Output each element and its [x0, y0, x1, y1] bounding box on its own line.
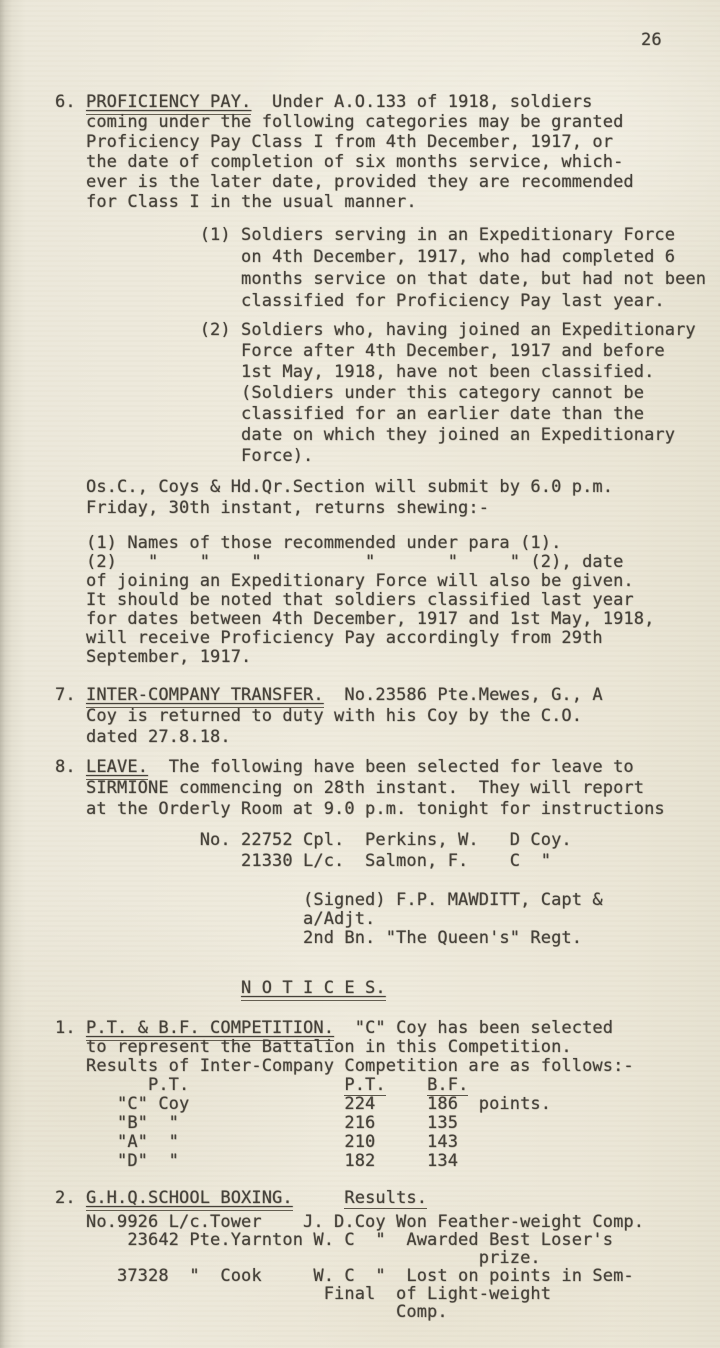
text-line: Results of Inter-Company Competition are…: [55, 1056, 634, 1076]
text-line: (1) Names of those recommended under par…: [55, 533, 561, 553]
text-line: months service on that date, but had not…: [55, 269, 706, 289]
results-label: Results.: [344, 1188, 427, 1209]
line-text: "A" " 210 143: [55, 1132, 458, 1152]
text-line: for Class I in the usual manner.: [55, 192, 417, 212]
line-text: Friday, 30th instant, returns shewing:-: [55, 498, 489, 518]
text-line: (Signed) F.P. MAWDITT, Capt &: [55, 890, 603, 910]
line-text: The following have been selected for lea…: [148, 757, 634, 777]
text-line: 37328 " Cook W. C " Lost on points in Se…: [55, 1266, 634, 1286]
text-line: date on which they joined an Expeditiona…: [55, 425, 675, 445]
text-line: N O T I C E S.: [55, 978, 386, 998]
column-header-pt: P.T.: [344, 1075, 385, 1096]
line-text: "B" " 216 135: [55, 1113, 458, 1133]
line-text: Results of Inter-Company Competition are…: [55, 1056, 634, 1076]
text-line: the date of completion of six months ser…: [55, 152, 623, 172]
line-text: No. 22752 Cpl. Perkins, W. D Coy.: [55, 830, 572, 850]
text-line: a/Adjt.: [55, 909, 375, 929]
line-text: 2nd Bn. "The Queen's" Regt.: [55, 928, 582, 948]
line-text: ever is the later date, provided they ar…: [55, 172, 634, 192]
line-text: date on which they joined an Expeditiona…: [55, 425, 675, 445]
line-text: prize.: [55, 1248, 541, 1268]
text-line: Coy is returned to duty with his Coy by …: [55, 706, 582, 726]
line-text: Under A.O.133 of 1918, soldiers: [251, 92, 592, 112]
line-text: 23642 Pte.Yarnton W. C " Awarded Best Lo…: [55, 1230, 613, 1250]
text-line: 8. LEAVE. The following have been select…: [55, 757, 634, 777]
line-text: 21330 L/c. Salmon, F. C ": [55, 851, 551, 871]
line-text: classified for an earlier date than the: [55, 404, 644, 424]
line-text: (2) " " " " " " (2), date: [55, 552, 623, 572]
line-text: 1st May, 1918, have not been classified.: [55, 362, 654, 382]
text-line: Final of Light-weight: [55, 1284, 551, 1304]
text-line: of joining an Expeditionary Force will a…: [55, 571, 634, 591]
text-line: Force).: [55, 446, 313, 466]
section-heading: G.H.Q.SCHOOL BOXING.: [86, 1188, 293, 1211]
line-text: Final of Light-weight: [55, 1284, 551, 1304]
text-line: 2. G.H.Q.SCHOOL BOXING. Results.: [55, 1188, 427, 1208]
text-line: 2nd Bn. "The Queen's" Regt.: [55, 928, 582, 948]
text-line: classified for Proficiency Pay last year…: [55, 291, 665, 311]
line-text: (Soldiers under this category cannot be: [55, 383, 644, 403]
line-text: No.9926 L/c.Tower J. D.Coy Won Feather-w…: [55, 1212, 644, 1232]
line-text: September, 1917.: [55, 647, 251, 667]
line-text: "D" " 182 134: [55, 1151, 458, 1171]
line-text: It should be noted that soldiers classif…: [55, 590, 634, 610]
table-row: "A" " 210 143: [55, 1132, 458, 1152]
line-text: "C" Coy has been selected: [334, 1018, 613, 1038]
item-number: 1.: [55, 1018, 86, 1038]
item-number: 8.: [55, 757, 86, 777]
text-line: Comp.: [55, 1302, 448, 1322]
text-line: Os.C., Coys & Hd.Qr.Section will submit …: [55, 477, 613, 497]
notices-title: N O T I C E S.: [241, 978, 386, 1001]
table-row: "B" " 216 135: [55, 1113, 458, 1133]
line-text: Coy is returned to duty with his Coy by …: [55, 706, 582, 726]
page-number: 26: [641, 30, 662, 50]
line-text: the date of completion of six months ser…: [55, 152, 623, 172]
text-line: 23642 Pte.Yarnton W. C " Awarded Best Lo…: [55, 1230, 613, 1250]
table-row: "D" " 182 134: [55, 1151, 458, 1171]
line-text: Force).: [55, 446, 313, 466]
line-text: (Signed) F.P. MAWDITT, Capt &: [55, 890, 603, 910]
line-text: classified for Proficiency Pay last year…: [55, 291, 665, 311]
text-line: for dates between 4th December, 1917 and…: [55, 609, 654, 629]
line-text: No.23586 Pte.Mewes, G., A: [324, 685, 603, 705]
text-line: Force after 4th December, 1917 and befor…: [55, 341, 665, 361]
line-text: dated 27.8.18.: [55, 727, 231, 747]
line-text: [386, 1075, 427, 1095]
line-text: on 4th December, 1917, who had completed…: [55, 247, 675, 267]
column-header-bf: B.F.: [427, 1075, 468, 1096]
text-line: ever is the later date, provided they ar…: [55, 172, 634, 192]
section-heading: INTER-COMPANY TRANSFER.: [86, 685, 324, 708]
line-text: Comp.: [55, 1302, 448, 1322]
text-line: (2) " " " " " " (2), date: [55, 552, 623, 572]
text-line: (2) Soldiers who, having joined an Exped…: [55, 320, 696, 340]
line-text: will receive Proficiency Pay accordingly…: [55, 628, 603, 648]
text-line: on 4th December, 1917, who had completed…: [55, 247, 675, 267]
text-line: will receive Proficiency Pay accordingly…: [55, 628, 603, 648]
line-text: Os.C., Coys & Hd.Qr.Section will submit …: [55, 477, 613, 497]
line-text: at the Orderly Room at 9.0 p.m. tonight …: [55, 799, 665, 819]
text-line: September, 1917.: [55, 647, 251, 667]
text-line: prize.: [55, 1248, 541, 1268]
line-text: Proficiency Pay Class I from 4th Decembe…: [55, 132, 613, 152]
line-text: [55, 978, 241, 998]
table-row: "C" Coy 224 186 points.: [55, 1094, 551, 1114]
item-number: 2.: [55, 1188, 86, 1208]
line-text: to represent the Battalion in this Compe…: [55, 1037, 572, 1057]
line-text: 37328 " Cook W. C " Lost on points in Se…: [55, 1266, 634, 1286]
section-heading: LEAVE.: [86, 757, 148, 780]
line-text: (1) Soldiers serving in an Expeditionary…: [55, 225, 675, 245]
text-line: (1) Soldiers serving in an Expeditionary…: [55, 225, 675, 245]
text-line: SIRMIONE commencing on 28th instant. The…: [55, 778, 644, 798]
line-text: (2) Soldiers who, having joined an Exped…: [55, 320, 696, 340]
text-line: 1. P.T. & B.F. COMPETITION. "C" Coy has …: [55, 1018, 613, 1038]
table-header-row: P.T. P.T. B.F.: [55, 1075, 468, 1095]
text-line: 1st May, 1918, have not been classified.: [55, 362, 654, 382]
line-text: (1) Names of those recommended under par…: [55, 533, 561, 553]
text-line: Friday, 30th instant, returns shewing:-: [55, 498, 489, 518]
text-line: at the Orderly Room at 9.0 p.m. tonight …: [55, 799, 665, 819]
text-line: Proficiency Pay Class I from 4th Decembe…: [55, 132, 613, 152]
line-text: of joining an Expeditionary Force will a…: [55, 571, 634, 591]
text-line: to represent the Battalion in this Compe…: [55, 1037, 572, 1057]
text-line: 21330 L/c. Salmon, F. C ": [55, 851, 551, 871]
text-line: coming under the following categories ma…: [55, 112, 623, 132]
text-line: No.9926 L/c.Tower J. D.Coy Won Feather-w…: [55, 1212, 644, 1232]
item-number: 6.: [55, 92, 86, 112]
item-number: 7.: [55, 685, 86, 705]
line-text: "C" Coy 224 186 points.: [55, 1094, 551, 1114]
text-line: dated 27.8.18.: [55, 727, 231, 747]
line-text: for dates between 4th December, 1917 and…: [55, 609, 654, 629]
text-line: It should be noted that soldiers classif…: [55, 590, 634, 610]
line-text: P.T.: [55, 1075, 344, 1095]
line-text: months service on that date, but had not…: [55, 269, 706, 289]
line-text: coming under the following categories ma…: [55, 112, 623, 132]
line-text: for Class I in the usual manner.: [55, 192, 417, 212]
line-text: Force after 4th December, 1917 and befor…: [55, 341, 665, 361]
line-text: SIRMIONE commencing on 28th instant. The…: [55, 778, 644, 798]
text-line: 7. INTER-COMPANY TRANSFER. No.23586 Pte.…: [55, 685, 603, 705]
text-line: (Soldiers under this category cannot be: [55, 383, 644, 403]
line-text: [293, 1188, 345, 1208]
text-line: classified for an earlier date than the: [55, 404, 644, 424]
line-text: a/Adjt.: [55, 909, 375, 929]
text-line: No. 22752 Cpl. Perkins, W. D Coy.: [55, 830, 572, 850]
text-line: 6. PROFICIENCY PAY. Under A.O.133 of 191…: [55, 92, 592, 112]
